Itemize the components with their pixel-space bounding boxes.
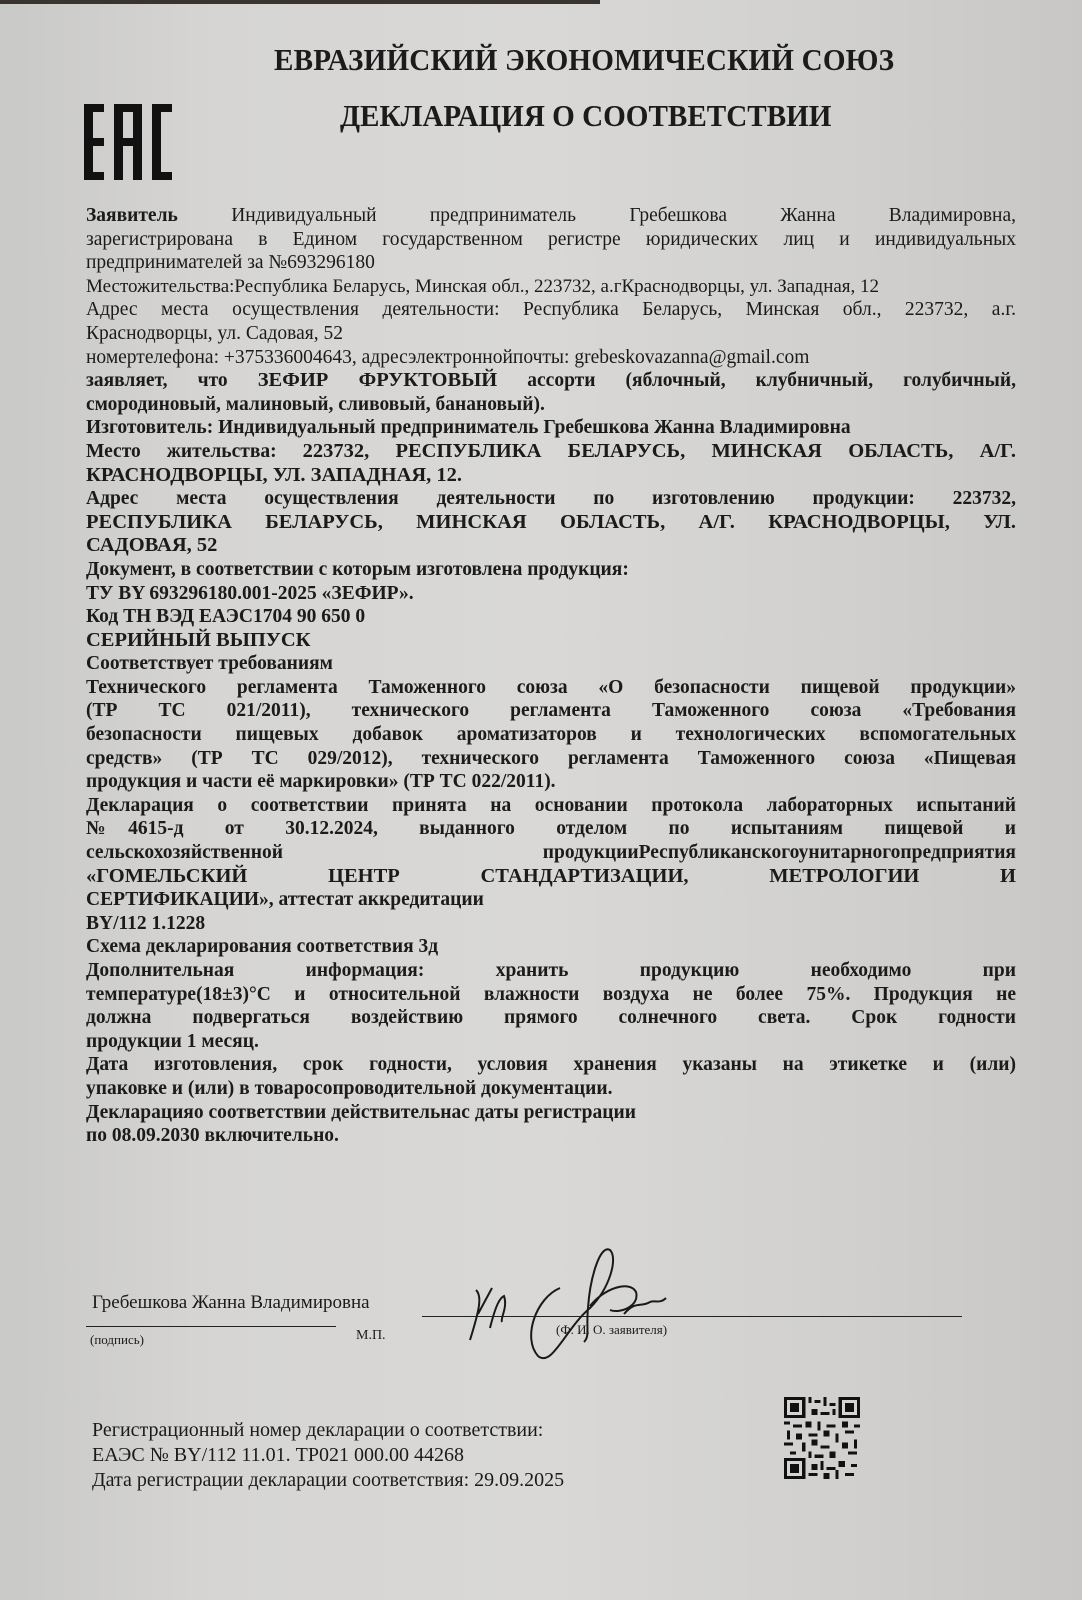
signature-line [86, 1326, 336, 1327]
accreditation-number: BY/112 1.1228 [86, 912, 1016, 936]
production-address-1: РЕСПУБЛИКА БЕЛАРУСЬ, МИНСКАЯ ОБЛАСТЬ, А/… [86, 511, 1016, 535]
registration-date: Дата регистрации декларации соответствия… [92, 1468, 564, 1493]
compliance-label: Соответствует требованиям [86, 652, 1016, 676]
basis-line: Декларация о соответствии принята на осн… [86, 794, 1016, 818]
compliance-line: средств» (ТР ТС 029/2012), технического … [86, 747, 1016, 771]
dates-line: Дата изготовления, срок годности, услови… [86, 1053, 1016, 1077]
product-name: ЗЕФИР ФРУКТОВЫЙ [258, 369, 498, 391]
applicant-activity-address-1: Адрес места осуществления деятельности: … [86, 298, 1016, 322]
standard-document-tu: ТУ BY 693296180.001-2025 «ЗЕФИР». [86, 582, 1016, 606]
registration-number: ЕАЭС № BY/112 11.01. ТР021 000.00 44268 [92, 1443, 564, 1468]
production-address-2: САДОВАЯ, 52 [86, 534, 1016, 558]
compliance-line: продукция и части её маркировки» (ТР ТС … [86, 770, 1016, 794]
registration-label: Регистрационный номер декларации о соотв… [92, 1418, 564, 1443]
declaration-body: Заявитель Индивидуальный предприниматель… [86, 204, 1016, 1148]
basis-line: №4615-д от 30.12.2024, выданного отделом… [86, 817, 1016, 841]
applicant-activity-address-2: Краснодворцы, ул. Садовая, 52 [86, 322, 1016, 346]
production-address-label: Адрес места осуществления деятельности п… [86, 487, 1016, 511]
declares-line-1: заявляет, что ЗЕФИР ФРУКТОВЫЙ ассорти (я… [86, 369, 1016, 393]
additional-info-line: Дополнительная информация: хранить проду… [86, 959, 1016, 983]
validity-line: по 08.09.2030 включительно. [86, 1124, 1016, 1148]
manufacturer-residence-1: Место жительства: 223732, РЕСПУБЛИКА БЕЛ… [86, 440, 1016, 464]
basis-line: СЕРТИФИКАЦИИ», аттестат аккредитации [86, 888, 1016, 912]
declaration-scheme: Схема декларирования соответствия 3д [86, 935, 1016, 959]
registration-block: Регистрационный номер декларации о соотв… [92, 1418, 564, 1493]
applicant-line-3: предпринимателей за №693296180 [86, 251, 1016, 275]
applicant-residence: Местожительства:Республика Беларусь, Мин… [86, 275, 1016, 299]
document-title: ДЕКЛАРАЦИЯ О СООТВЕТСТВИИ [340, 98, 904, 134]
compliance-line: Технического регламента Таможенного союз… [86, 676, 1016, 700]
standard-document-label: Документ, в соответствии с которым изгот… [86, 558, 1016, 582]
signatory-name: Гребешкова Жанна Владимировна [92, 1292, 370, 1314]
applicant-line-1: Заявитель Индивидуальный предприниматель… [86, 204, 1016, 228]
validity-line: Декларацияо соответствии действительнас … [86, 1101, 1016, 1125]
dates-line: упаковке и (или) в товаросопроводительно… [86, 1077, 1016, 1101]
additional-info-line: продукции 1 месяц. [86, 1030, 1016, 1054]
applicant-label: Заявитель [86, 205, 178, 226]
declares-line-2: смородиновый, малиновый, сливовый, банан… [86, 393, 1016, 417]
applicant-line-2: зарегистрирована в Едином государственно… [86, 228, 1016, 252]
qr-code-icon [784, 1396, 860, 1480]
photo-edge-shadow [0, 0, 600, 4]
handwritten-signature-icon [440, 1218, 700, 1378]
stamp-place-label: М.П. [356, 1328, 386, 1344]
eac-mark-icon [84, 104, 174, 180]
compliance-line: безопасности пищевых добавок ароматизато… [86, 723, 1016, 747]
additional-info-line: должна подвергаться воздействию прямого … [86, 1006, 1016, 1030]
manufacturer-line: Изготовитель: Индивидуальный предпринима… [86, 416, 1016, 440]
basis-line: «ГОМЕЛЬСКИЙ ЦЕНТР СТАНДАРТИЗАЦИИ, МЕТРОЛ… [86, 865, 1016, 889]
manufacturer-residence-2: КРАСНОДВОРЦЫ, УЛ. ЗАПАДНАЯ, 12. [86, 464, 1016, 488]
compliance-line: (ТР ТС 021/2011), технического регламент… [86, 699, 1016, 723]
eac-logo [84, 104, 174, 180]
release-type: СЕРИЙНЫЙ ВЫПУСК [86, 629, 1016, 653]
signature-caption: (подпись) [90, 1332, 144, 1348]
hs-code: Код ТН ВЭД ЕАЭС1704 90 650 0 [86, 605, 1016, 629]
applicant-contacts: номертелефона: +375336004643, адресэлект… [86, 346, 1016, 370]
basis-line: сельскохозяйственной продукцииРеспублика… [86, 841, 1016, 865]
union-title: ЕВРАЗИЙСКИЙ ЭКОНОМИЧЕСКИЙ СОЮЗ [274, 42, 913, 78]
additional-info-line: температуре(18±3)°С и относительной влаж… [86, 983, 1016, 1007]
